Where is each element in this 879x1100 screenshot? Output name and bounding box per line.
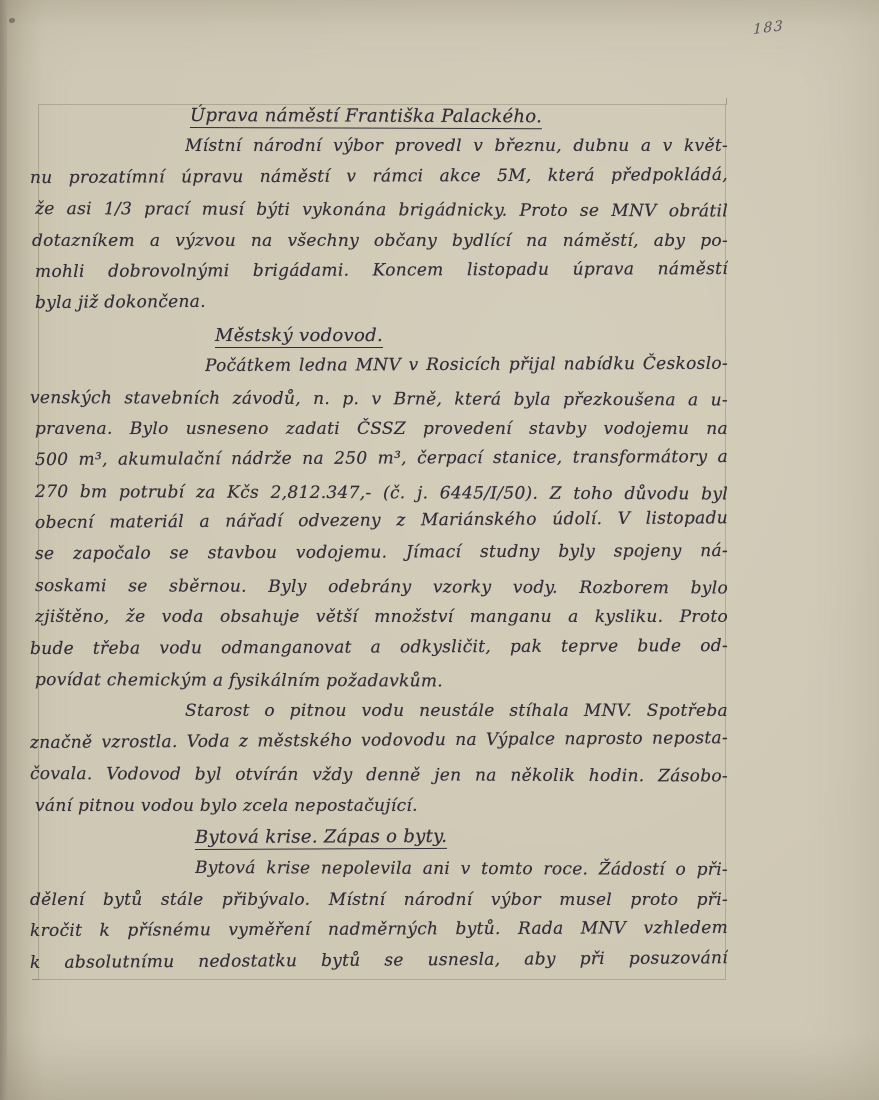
heading-underlined-text: Bytová krise. Zápas o byty.	[195, 826, 447, 850]
page-edge-shadow	[0, 0, 7, 1100]
manuscript-line: kročit k přísnému vyměření nadměrných by…	[30, 913, 728, 947]
manuscript-line: dotazníkem a výzvou na všechny občany by…	[32, 226, 728, 257]
manuscript-line: čovala. Vodovod byl otvírán vždy denně j…	[30, 759, 728, 793]
heading-underlined-text: Úprava náměstí Františka Palackého.	[190, 105, 542, 129]
section-heading: Bytová krise. Zápas o byty.	[195, 820, 728, 854]
heading-underlined-text: Městský vodovod.	[215, 325, 383, 348]
manuscript-line: povídat chemickým a fysikálním požadavků…	[35, 665, 728, 699]
manuscript-line: bude třeba vodu odmanganovat a odkysliči…	[30, 631, 728, 665]
page-number: 183	[753, 18, 784, 38]
manuscript-line: Počátkem ledna MNV v Rosicích přijal nab…	[205, 349, 728, 383]
manuscript-line: soskami se sběrnou. Byly odebrány vzorky…	[35, 571, 728, 605]
manuscript-line: k absolutnímu nedostatku bytů se usnesla…	[30, 943, 728, 979]
manuscript-line: pravena. Bylo usneseno zadati ČSSZ prove…	[35, 414, 728, 445]
manuscript-line: Místní národní výbor provedl v březnu, d…	[185, 131, 728, 162]
section-heading: Městský vodovod.	[215, 320, 728, 351]
manuscript-line: Bytová krise nepolevila ani v tomto roce…	[195, 853, 728, 886]
manuscript-line: dělení bytů stále přibývalo. Místní náro…	[30, 885, 728, 916]
manuscript-line: byla již dokončena.	[35, 284, 728, 320]
manuscript-page: 183 Úprava náměstí Františka Palackého.M…	[0, 0, 879, 1100]
manuscript-line: zjištěno, že voda obsahuje větší množstv…	[35, 602, 728, 633]
section-heading: Úprava náměstí Františka Palackého.	[190, 100, 728, 133]
manuscript-line: vání pitnou vodou bylo zcela nepostačují…	[35, 791, 728, 822]
manuscript-line: obecní materiál a nářadí odvezeny z Mari…	[35, 503, 728, 539]
ink-spot	[9, 18, 15, 23]
manuscript-line: že asi 1/3 prací musí býti vykonána brig…	[35, 194, 728, 228]
manuscript-line: nu prozatímní úpravu náměstí v rámci akc…	[30, 160, 728, 194]
manuscript-line: venských stavebních závodů, n. p. v Brně…	[30, 383, 728, 417]
manuscript-text: Úprava náměstí Františka Palackého.Místn…	[30, 100, 728, 979]
manuscript-line: značně vzrostla. Voda z městského vodovo…	[30, 723, 728, 759]
manuscript-line: se započalo se stavbou vodojemu. Jímací …	[35, 536, 728, 570]
manuscript-line: 500 m³, akumulační nádrže na 250 m³, čer…	[35, 442, 728, 476]
